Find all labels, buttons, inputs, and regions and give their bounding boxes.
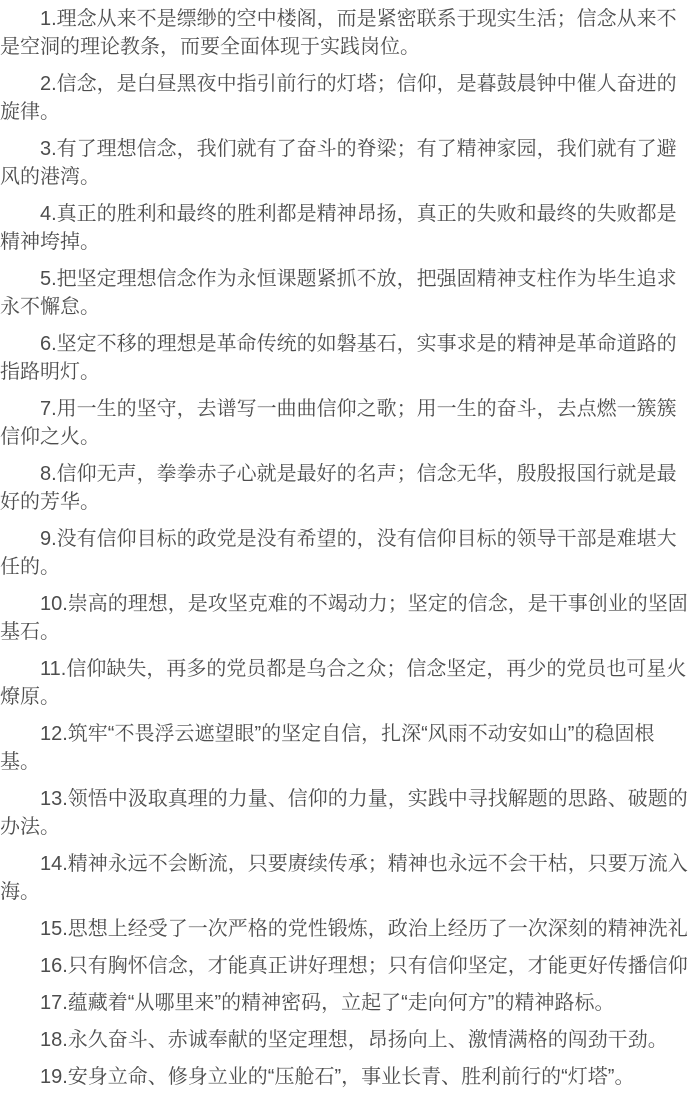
paragraph: 5.把坚定理想信念作为永恒课题紧抓不放，把强固精神支柱作为毕生追求永不懈怠。: [0, 265, 693, 321]
document-page: 1.理念从来不是缥缈的空中楼阁，而是紧密联系于现实生活；信念从来不是空洞的理论教…: [0, 0, 693, 1100]
paragraph: 10.崇高的理想，是攻坚克难的不竭动力；坚定的信念，是干事创业的坚固基石。: [0, 590, 693, 646]
paragraph: 6.坚定不移的理想是革命传统的如磐基石，实事求是的精神是革命道路的指路明灯。: [0, 330, 693, 386]
paragraph: 2.信念，是白昼黑夜中指引前行的灯塔；信仰，是暮鼓晨钟中催人奋进的旋律。: [0, 70, 693, 126]
paragraph: 18.永久奋斗、赤诚奉献的坚定理想，昂扬向上、激情满格的闯劲干劲。: [0, 1026, 693, 1054]
paragraph: 19.安身立命、修身立业的“压舱石”，事业长青、胜利前行的“灯塔”。: [0, 1063, 693, 1091]
paragraph: 11.信仰缺失，再多的党员都是乌合之众；信念坚定，再少的党员也可星火燎原。: [0, 655, 693, 711]
paragraph: 14.精神永远不会断流，只要赓续传承；精神也永远不会干枯，只要万流入海。: [0, 850, 693, 906]
paragraph: 15.思想上经受了一次严格的党性锻炼，政治上经历了一次深刻的精神洗礼: [0, 915, 693, 943]
paragraph: 13.领悟中汲取真理的力量、信仰的力量，实践中寻找解题的思路、破题的办法。: [0, 785, 693, 841]
paragraph: 4.真正的胜利和最终的胜利都是精神昂扬，真正的失败和最终的失败都是精神垮掉。: [0, 200, 693, 256]
paragraph: 1.理念从来不是缥缈的空中楼阁，而是紧密联系于现实生活；信念从来不是空洞的理论教…: [0, 5, 693, 61]
paragraph: 7.用一生的坚守，去谱写一曲曲信仰之歌；用一生的奋斗，去点燃一簇簇信仰之火。: [0, 395, 693, 451]
paragraph: 3.有了理想信念，我们就有了奋斗的脊梁；有了精神家园，我们就有了避风的港湾。: [0, 135, 693, 191]
paragraph: 17.蕴藏着“从哪里来”的精神密码，立起了“走向何方”的精神路标。: [0, 989, 693, 1017]
paragraph: 9.没有信仰目标的政党是没有希望的，没有信仰目标的领导干部是难堪大任的。: [0, 525, 693, 581]
paragraph: 12.筑牢“不畏浮云遮望眼”的坚定自信，扎深“风雨不动安如山”的稳固根基。: [0, 720, 693, 776]
paragraph: 8.信仰无声，拳拳赤子心就是最好的名声；信念无华，殷殷报国行就是最好的芳华。: [0, 460, 693, 516]
paragraph: 16.只有胸怀信念，才能真正讲好理想；只有信仰坚定，才能更好传播信仰: [0, 952, 693, 980]
